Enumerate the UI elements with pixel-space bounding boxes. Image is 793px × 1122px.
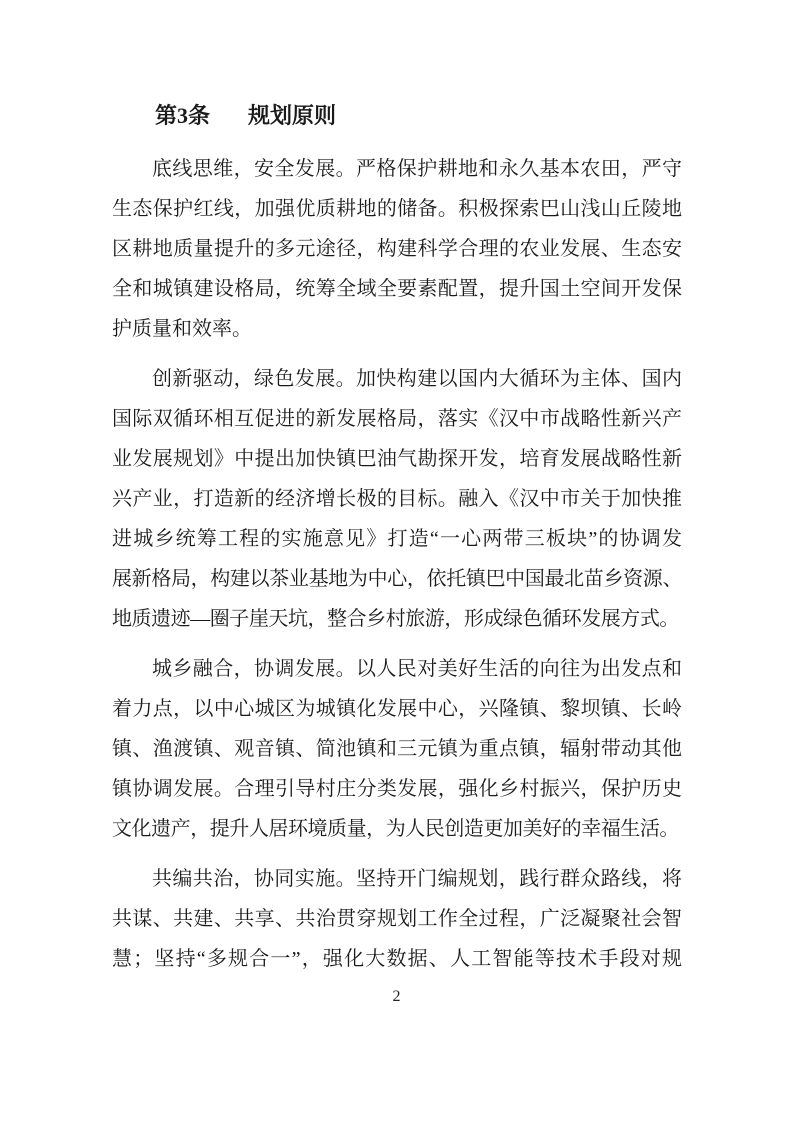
text-line: 慧；坚持“多规合一”，强化大数据、人工智能等技术手段对规 <box>112 939 682 979</box>
text-line: 底线思维，安全发展。严格保护耕地和永久基本农田，严守 <box>112 149 682 189</box>
section-heading: 第3条规划原则 <box>112 96 682 136</box>
section-number: 第3条 <box>155 103 210 128</box>
text-line: 创新驱动，绿色发展。加快构建以国内大循环为主体、国内 <box>112 359 682 399</box>
paragraph: 底线思维，安全发展。严格保护耕地和永久基本农田，严守 生态保护红线，加强优质耕地… <box>112 149 682 349</box>
text-line: 护质量和效率。 <box>112 309 682 349</box>
text-line: 着力点，以中心城区为城镇化发展中心，兴隆镇、黎坝镇、长岭 <box>112 689 682 729</box>
text-line: 文化遗产，提升人居环境质量，为人民创造更加美好的幸福生活。 <box>112 809 682 849</box>
text-line: 地质遗迹—圈子崖天坑，整合乡村旅游，形成绿色循环发展方式。 <box>112 599 682 639</box>
text-line: 共编共治，协同实施。坚持开门编规划，践行群众路线，将 <box>112 859 682 899</box>
text-line: 展新格局，构建以茶业基地为中心，依托镇巴中国最北苗乡资源、 <box>112 559 682 599</box>
paragraph: 共编共治，协同实施。坚持开门编规划，践行群众路线，将 共谋、共建、共享、共治贯穿… <box>112 859 682 979</box>
text-line: 生态保护红线，加强优质耕地的储备。积极探索巴山浅山丘陵地 <box>112 189 682 229</box>
document-page: 第3条规划原则 底线思维，安全发展。严格保护耕地和永久基本农田，严守 生态保护红… <box>0 0 793 1122</box>
text-line: 城乡融合，协调发展。以人民对美好生活的向往为出发点和 <box>112 649 682 689</box>
paragraph: 城乡融合，协调发展。以人民对美好生活的向往为出发点和 着力点，以中心城区为城镇化… <box>112 649 682 849</box>
text-line: 进城乡统筹工程的实施意见》打造“一心两带三板块”的协调发 <box>112 519 682 559</box>
page-number: 2 <box>0 988 793 1006</box>
text-line: 兴产业，打造新的经济增长极的目标。融入《汉中市关于加快推 <box>112 479 682 519</box>
text-line: 共谋、共建、共享、共治贯穿规划工作全过程，广泛凝聚社会智 <box>112 899 682 939</box>
text-line: 全和城镇建设格局，统筹全域全要素配置，提升国土空间开发保 <box>112 269 682 309</box>
page-content: 第3条规划原则 底线思维，安全发展。严格保护耕地和永久基本农田，严守 生态保护红… <box>112 96 682 979</box>
section-title: 规划原则 <box>248 103 336 128</box>
text-line: 镇协调发展。合理引导村庄分类发展，强化乡村振兴，保护历史 <box>112 769 682 809</box>
paragraph: 创新驱动，绿色发展。加快构建以国内大循环为主体、国内 国际双循环相互促进的新发展… <box>112 359 682 639</box>
text-line: 业发展规划》中提出加快镇巴油气勘探开发，培育发展战略性新 <box>112 439 682 479</box>
text-line: 区耕地质量提升的多元途径，构建科学合理的农业发展、生态安 <box>112 229 682 269</box>
text-line: 镇、渔渡镇、观音镇、简池镇和三元镇为重点镇，辐射带动其他 <box>112 729 682 769</box>
text-line: 国际双循环相互促进的新发展格局，落实《汉中市战略性新兴产 <box>112 399 682 439</box>
